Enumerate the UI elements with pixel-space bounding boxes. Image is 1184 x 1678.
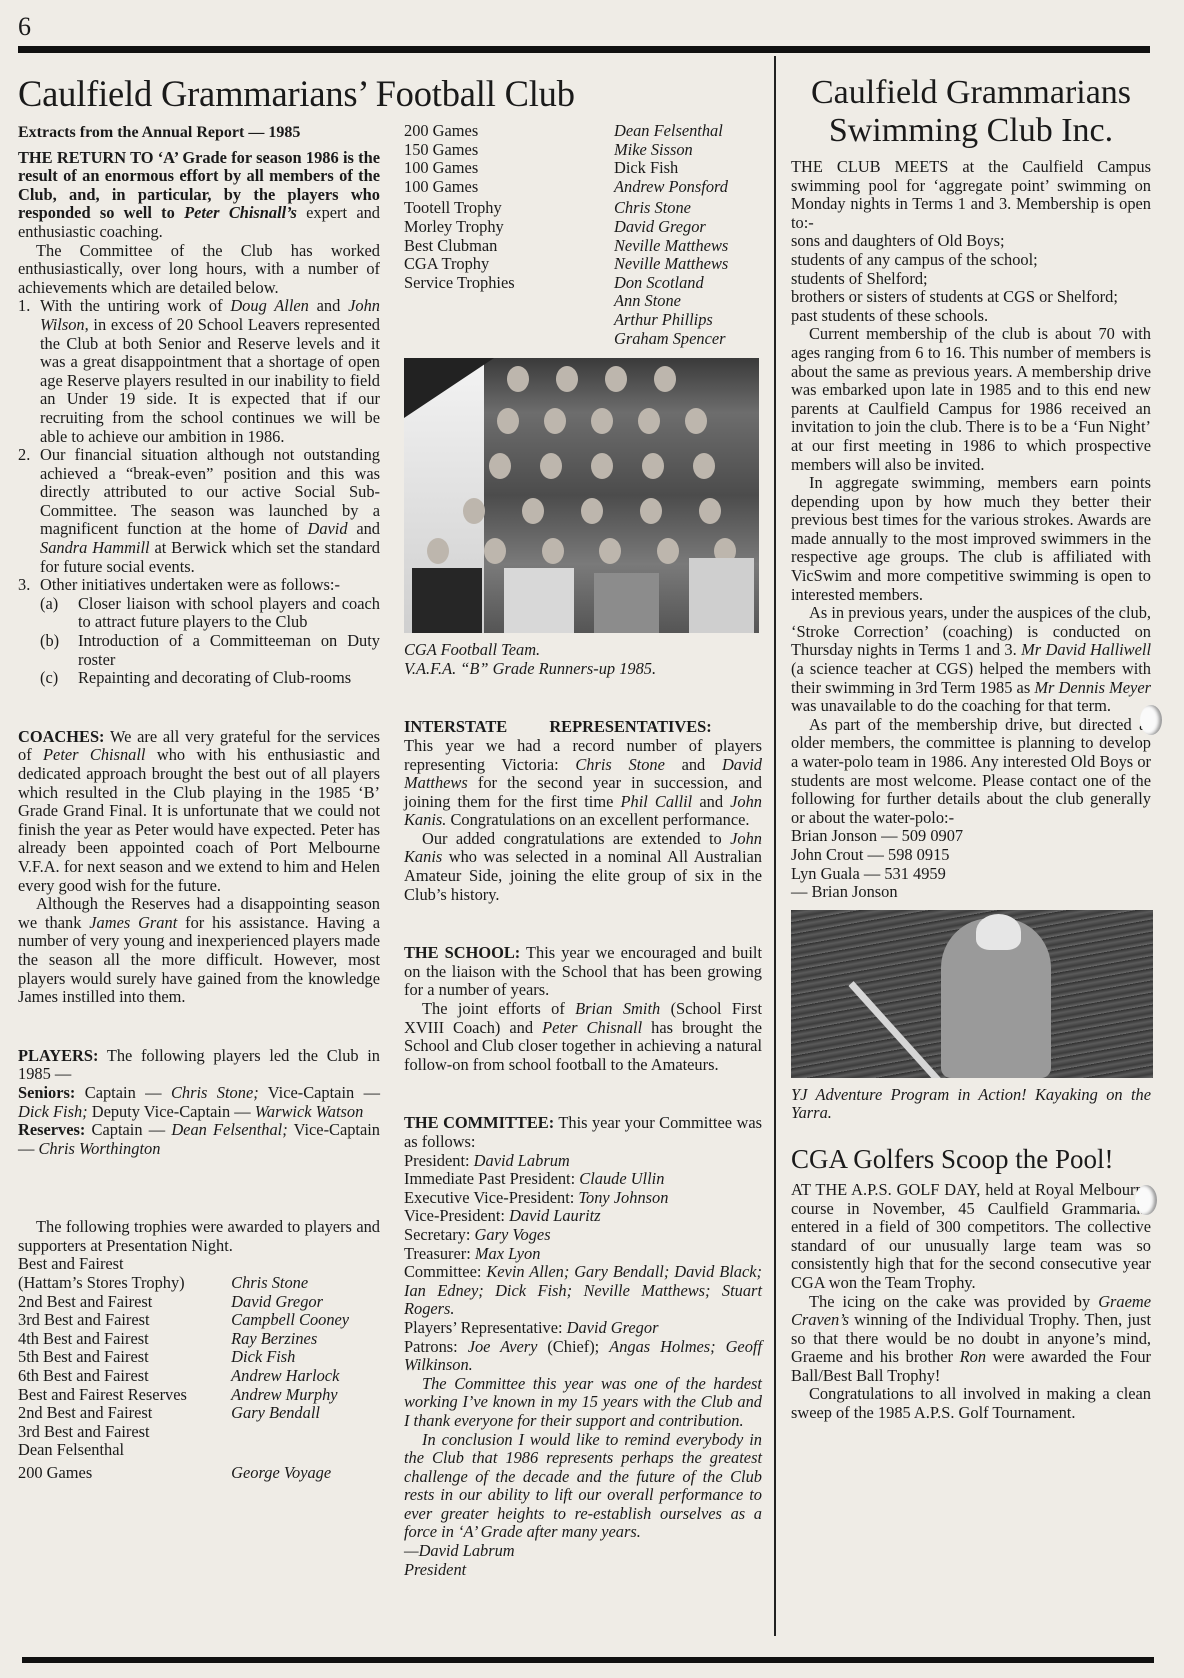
kayak-caption: YJ Adventure Program in Action! Kayaking… xyxy=(791,1086,1151,1123)
committee-intro: The Committee of the Club has worked ent… xyxy=(18,242,380,298)
column-divider xyxy=(774,56,776,1636)
trophy-row: 3rd Best and FairestCampbell Cooney xyxy=(18,1311,380,1330)
contact-item: Brian Jonson — 509 0907 xyxy=(791,827,1151,846)
trophy-row: Arthur Phillips xyxy=(404,311,762,330)
trophy-row: Morley TrophyDavid Gregor xyxy=(404,218,762,237)
eligibility-list: sons and daughters of Old Boys; students… xyxy=(791,232,1151,325)
swimming-paragraph-3: In aggregate swimming, members earn poin… xyxy=(791,474,1151,604)
initiative-item: (a)Closer liaison with school players an… xyxy=(40,595,380,632)
trophy-row: 150 GamesMike Sisson xyxy=(404,141,762,160)
eligibility-item: students of Shelford; xyxy=(791,270,1151,289)
initiative-item: (b)Introduction of a Committeeman on Dut… xyxy=(40,632,380,669)
swimming-title: Caulfield GrammariansSwimming Club Inc. xyxy=(791,74,1151,150)
bottom-rule xyxy=(22,1657,1154,1663)
closing-paragraph-1: The Committee this year was one of the h… xyxy=(404,1375,762,1431)
trophy-row: (Hattam’s Stores Trophy)Chris Stone xyxy=(18,1274,380,1293)
committee-member: President: David Labrum xyxy=(404,1152,762,1171)
achievement-item: 3.Other initiatives undertaken were as f… xyxy=(18,576,380,688)
committee-member: Vice-President: David Lauritz xyxy=(404,1207,762,1226)
trophy-row: 2nd Best and FairestGary Bendall xyxy=(18,1404,380,1423)
trophies-table-mid: 200 GamesDean Felsenthal 150 GamesMike S… xyxy=(404,122,762,348)
coaches-section: COACHES: We are all very grateful for th… xyxy=(18,728,380,895)
trophies-table-left: Best and Fairest (Hattam’s Stores Trophy… xyxy=(18,1255,380,1482)
achievements-list: 1.With the untiring work of Doug Allen a… xyxy=(18,297,380,687)
football-subtitle: Extracts from the Annual Report — 1985 xyxy=(18,124,380,143)
top-rule xyxy=(18,46,1150,53)
trophy-row: 5th Best and FairestDick Fish xyxy=(18,1348,380,1367)
initiatives-list: (a)Closer liaison with school players an… xyxy=(40,595,380,688)
swimming-paragraph-5: As part of the membership drive, but dir… xyxy=(791,716,1151,828)
golf-title: CGA Golfers Scoop the Pool! xyxy=(791,1143,1151,1175)
interstate-section: INTERSTATE REPRESENTATIVES:This year we … xyxy=(404,718,762,830)
contacts-list: Brian Jonson — 509 0907 John Crout — 598… xyxy=(791,827,1151,883)
signature-title: President xyxy=(404,1561,762,1580)
swimming-signature: — Brian Jonson xyxy=(791,883,1151,902)
achievement-item: 2.Our financial situation although not o… xyxy=(18,446,380,576)
trophy-row: Best ClubmanNeville Matthews xyxy=(404,237,762,256)
trophy-row: 6th Best and FairestAndrew Harlock xyxy=(18,1367,380,1386)
trophy-row: Tootell TrophyChris Stone xyxy=(404,196,762,218)
players-section: PLAYERS: The following players led the C… xyxy=(18,1047,380,1159)
committee-member: Treasurer: Max Lyon xyxy=(404,1245,762,1264)
trophy-row: Dean Felsenthal xyxy=(18,1441,380,1460)
trophy-row: Service TrophiesDon Scotland xyxy=(404,274,762,293)
committee-section: THE COMMITTEE: This year your Committee … xyxy=(404,1114,762,1151)
trophy-row: Graham Spencer xyxy=(404,330,762,349)
eligibility-item: sons and daughters of Old Boys; xyxy=(791,232,1151,251)
committee-member: Immediate Past President: Claude Ullin xyxy=(404,1170,762,1189)
trophy-row: 100 GamesAndrew Ponsford xyxy=(404,178,762,197)
contact-item: John Crout — 598 0915 xyxy=(791,846,1151,865)
football-team-photo xyxy=(404,358,759,633)
trophy-row: Best and Fairest xyxy=(18,1255,380,1274)
golf-paragraph-3: Congratulations to all involved in makin… xyxy=(791,1385,1151,1422)
swimming-paragraph-4: As in previous years, under the auspices… xyxy=(791,604,1151,716)
football-intro: THE RETURN TO ‘A’ Grade for season 1986 … xyxy=(18,149,380,242)
patrons: Patrons: Joe Avery (Chief); Angas Holmes… xyxy=(404,1338,762,1375)
contact-item: Lyn Guala — 531 4959 xyxy=(791,865,1151,884)
trophy-row: 100 GamesDick Fish xyxy=(404,159,762,178)
reserves-paragraph: Although the Reserves had a disappointin… xyxy=(18,895,380,1007)
trophy-row: 2nd Best and FairestDavid Gregor xyxy=(18,1293,380,1312)
interstate-paragraph-2: Our added congratulations are extended t… xyxy=(404,830,762,904)
trophies-intro: The following trophies were awarded to p… xyxy=(18,1218,380,1255)
golf-paragraph-2: The icing on the cake was provided by Gr… xyxy=(791,1293,1151,1386)
committee-member: Executive Vice-President: Tony Johnson xyxy=(404,1189,762,1208)
achievement-item: 1.With the untiring work of Doug Allen a… xyxy=(18,297,380,446)
trophy-row: 200 GamesDean Felsenthal xyxy=(404,122,762,141)
committee-member: Players’ Representative: David Gregor xyxy=(404,1319,762,1338)
football-column-left: Caulfield Grammarians’ Football Club Ext… xyxy=(18,74,380,1483)
eligibility-item: past students of these schools. xyxy=(791,307,1151,326)
initiative-item: (c)Repainting and decorating of Club-roo… xyxy=(40,669,380,688)
page-number: 6 xyxy=(18,12,31,42)
football-column-middle: 200 GamesDean Felsenthal 150 GamesMike S… xyxy=(404,122,762,1579)
golf-paragraph-1: AT THE A.P.S. GOLF DAY, held at Royal Me… xyxy=(791,1181,1151,1293)
swimming-golf-column: Caulfield GrammariansSwimming Club Inc. … xyxy=(791,74,1151,1423)
swimming-paragraph-1: THE CLUB MEETS at the Caulfield Campus s… xyxy=(791,158,1151,232)
team-photo-caption: CGA Football Team.V.A.F.A. “B” Grade Run… xyxy=(404,641,762,678)
school-paragraph-2: The joint efforts of Brian Smith (School… xyxy=(404,1000,762,1074)
kayak-photo xyxy=(791,910,1153,1078)
trophy-row: Best and Fairest ReservesAndrew Murphy xyxy=(18,1386,380,1405)
trophy-row: CGA TrophyNeville Matthews xyxy=(404,255,762,274)
binder-hole xyxy=(1135,1185,1157,1215)
football-title: Caulfield Grammarians’ Football Club xyxy=(18,74,380,114)
trophy-row: 3rd Best and Fairest xyxy=(18,1423,380,1442)
signature-name: —David Labrum xyxy=(404,1542,762,1561)
committee-member: Committee: Kevin Allen; Gary Bendall; Da… xyxy=(404,1263,762,1319)
binder-hole xyxy=(1140,705,1162,735)
committee-list: President: David Labrum Immediate Past P… xyxy=(404,1152,762,1375)
swimming-paragraph-2: Current membership of the club is about … xyxy=(791,325,1151,474)
closing-paragraph-2: In conclusion I would like to remind eve… xyxy=(404,1431,762,1543)
trophy-row: 4th Best and FairestRay Berzines xyxy=(18,1330,380,1349)
eligibility-item: brothers or sisters of students at CGS o… xyxy=(791,288,1151,307)
trophy-row: Ann Stone xyxy=(404,292,762,311)
school-section: THE SCHOOL: This year we encouraged and … xyxy=(404,944,762,1000)
trophy-row: 200 GamesGeorge Voyage xyxy=(18,1460,380,1483)
eligibility-item: students of any campus of the school; xyxy=(791,251,1151,270)
committee-member: Secretary: Gary Voges xyxy=(404,1226,762,1245)
